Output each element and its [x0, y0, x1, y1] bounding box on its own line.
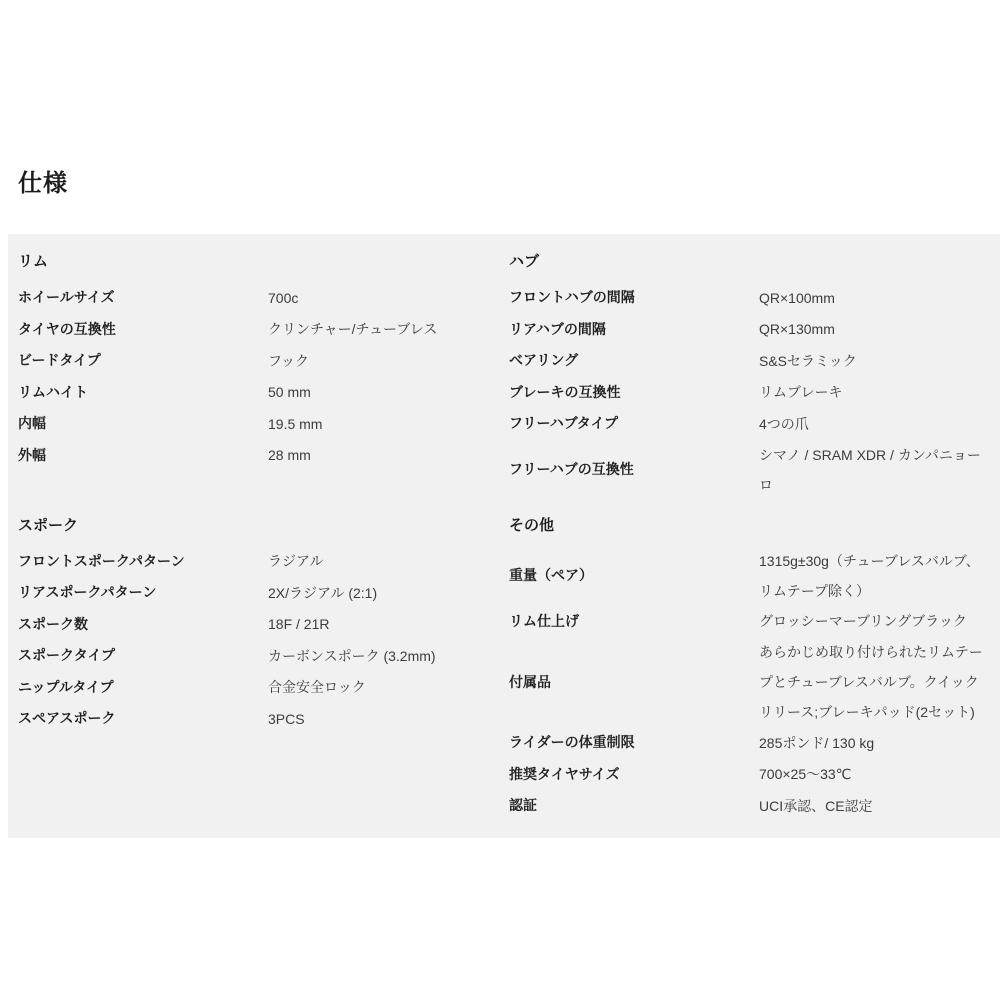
spec-row: ブレーキの互換性 リムブレーキ: [509, 377, 1000, 409]
spec-label: ベアリング: [509, 351, 759, 370]
spec-value: カーボンスポーク (3.2mm): [268, 641, 509, 671]
section-header-hub: ハブ: [509, 248, 1000, 276]
spec-row: フロントスポークパターン ラジアル: [18, 546, 509, 578]
spec-row: リアハブの間隔 QR×130mm: [509, 314, 1000, 346]
spec-value: あらかじめ取り付けられたリムテープとチューブレスバルブ。クイックリリース;ブレー…: [759, 637, 1000, 727]
spec-row: ベアリング S&Sセラミック: [509, 345, 1000, 377]
spec-row: スポークタイプ カーボンスポーク (3.2mm): [18, 640, 509, 672]
spec-row: ニップルタイプ 合金安全ロック: [18, 672, 509, 704]
spec-row: フリーハブタイプ 4つの爪: [509, 408, 1000, 440]
spec-value: 28 mm: [268, 440, 509, 470]
spec-row: リアスポークパターン 2X/ラジアル (2:1): [18, 577, 509, 609]
spec-row: スペアスポーク 3PCS: [18, 703, 509, 735]
spec-row: ホイールサイズ 700c: [18, 282, 509, 314]
spec-label: 認証: [509, 796, 759, 815]
spec-row: ライダーの体重制限 285ポンド/ 130 kg: [509, 727, 1000, 759]
spec-row: フロントハブの間隔 QR×100mm: [509, 282, 1000, 314]
spec-row: 推奨タイヤサイズ 700×25～33℃: [509, 759, 1000, 791]
spec-value: S&Sセラミック: [759, 346, 1000, 376]
spec-value: 3PCS: [268, 704, 509, 734]
spec-value: ラジアル: [268, 546, 509, 576]
spec-label: リアスポークパターン: [18, 583, 268, 602]
spec-value: 4つの爪: [759, 409, 1000, 439]
page-title: 仕様: [18, 170, 1000, 198]
spec-label: フロントスポークパターン: [18, 552, 268, 571]
spec-label: 付属品: [509, 673, 759, 692]
spec-page: 仕様 リム ホイールサイズ 700c タイヤの互換性 クリンチャー/チューブレス…: [0, 0, 1000, 838]
spec-row: 外幅 28 mm: [18, 440, 509, 472]
spec-label: リアハブの間隔: [509, 320, 759, 339]
spec-value: 285ポンド/ 130 kg: [759, 728, 1000, 758]
spec-label: フリーハブタイプ: [509, 414, 759, 433]
spec-row: 付属品 あらかじめ取り付けられたリムテープとチューブレスバルブ。クイックリリース…: [509, 637, 1000, 727]
spec-value: QR×100mm: [759, 283, 1000, 313]
spec-value: リムブレーキ: [759, 377, 1000, 407]
spec-label: 重量（ペア）: [509, 566, 759, 585]
spec-label: タイヤの互換性: [18, 320, 268, 339]
spec-label: ビードタイプ: [18, 351, 268, 370]
spec-label: リム仕上げ: [509, 612, 759, 631]
spec-value: 19.5 mm: [268, 409, 509, 439]
spec-label: フロントハブの間隔: [509, 288, 759, 307]
spec-value: 50 mm: [268, 377, 509, 407]
spec-label: ホイールサイズ: [18, 288, 268, 307]
spec-value: QR×130mm: [759, 314, 1000, 344]
spec-label: スポークタイプ: [18, 646, 268, 665]
spec-label: ニップルタイプ: [18, 678, 268, 697]
spec-row: 認証 UCI承認、CE認定: [509, 790, 1000, 822]
spec-value: フック: [268, 346, 509, 376]
spec-label: スペアスポーク: [18, 709, 268, 728]
spec-label: リムハイト: [18, 383, 268, 402]
section-hub: ハブ フロントハブの間隔 QR×100mm リアハブの間隔 QR×130mm ベ…: [509, 248, 1000, 500]
spec-label: 内幅: [18, 414, 268, 433]
spec-value: 18F / 21R: [268, 609, 509, 639]
spec-label: ブレーキの互換性: [509, 383, 759, 402]
spec-value: UCI承認、CE認定: [759, 791, 1000, 821]
spec-row: 重量（ペア） 1315g±30g（チューブレスバルブ、リムテープ除く）: [509, 546, 1000, 606]
spec-row: タイヤの互換性 クリンチャー/チューブレス: [18, 314, 509, 346]
spec-value: クリンチャー/チューブレス: [268, 314, 509, 344]
section-other: その他 重量（ペア） 1315g±30g（チューブレスバルブ、リムテープ除く） …: [509, 512, 1000, 822]
spec-row: リムハイト 50 mm: [18, 377, 509, 409]
spec-label: スポーク数: [18, 615, 268, 634]
spec-label: 推奨タイヤサイズ: [509, 765, 759, 784]
section-header-spoke: スポーク: [18, 512, 509, 540]
spec-label: ライダーの体重制限: [509, 733, 759, 752]
spec-row: スポーク数 18F / 21R: [18, 609, 509, 641]
section-spoke: スポーク フロントスポークパターン ラジアル リアスポークパターン 2X/ラジア…: [18, 512, 509, 735]
section-header-rim: リム: [18, 248, 509, 276]
spec-panel: リム ホイールサイズ 700c タイヤの互換性 クリンチャー/チューブレス ビー…: [8, 234, 1000, 838]
section-rim: リム ホイールサイズ 700c タイヤの互換性 クリンチャー/チューブレス ビー…: [18, 248, 509, 471]
spec-value: シマノ / SRAM XDR / カンパニョーロ: [759, 440, 1000, 500]
section-header-other: その他: [509, 512, 1000, 540]
spec-value: 700c: [268, 283, 509, 313]
spec-value: 合金安全ロック: [268, 672, 509, 702]
spec-value: 1315g±30g（チューブレスバルブ、リムテープ除く）: [759, 546, 1000, 606]
spec-row: ビードタイプ フック: [18, 345, 509, 377]
spec-row: フリーハブの互換性 シマノ / SRAM XDR / カンパニョーロ: [509, 440, 1000, 500]
spec-row: リム仕上げ グロッシーマーブリングブラック: [509, 606, 1000, 638]
spec-label: 外幅: [18, 446, 268, 465]
spec-value: 700×25～33℃: [759, 759, 1000, 789]
spec-row: 内幅 19.5 mm: [18, 408, 509, 440]
spec-value: 2X/ラジアル (2:1): [268, 578, 509, 608]
spec-value: グロッシーマーブリングブラック: [759, 606, 1000, 636]
spec-label: フリーハブの互換性: [509, 460, 759, 479]
